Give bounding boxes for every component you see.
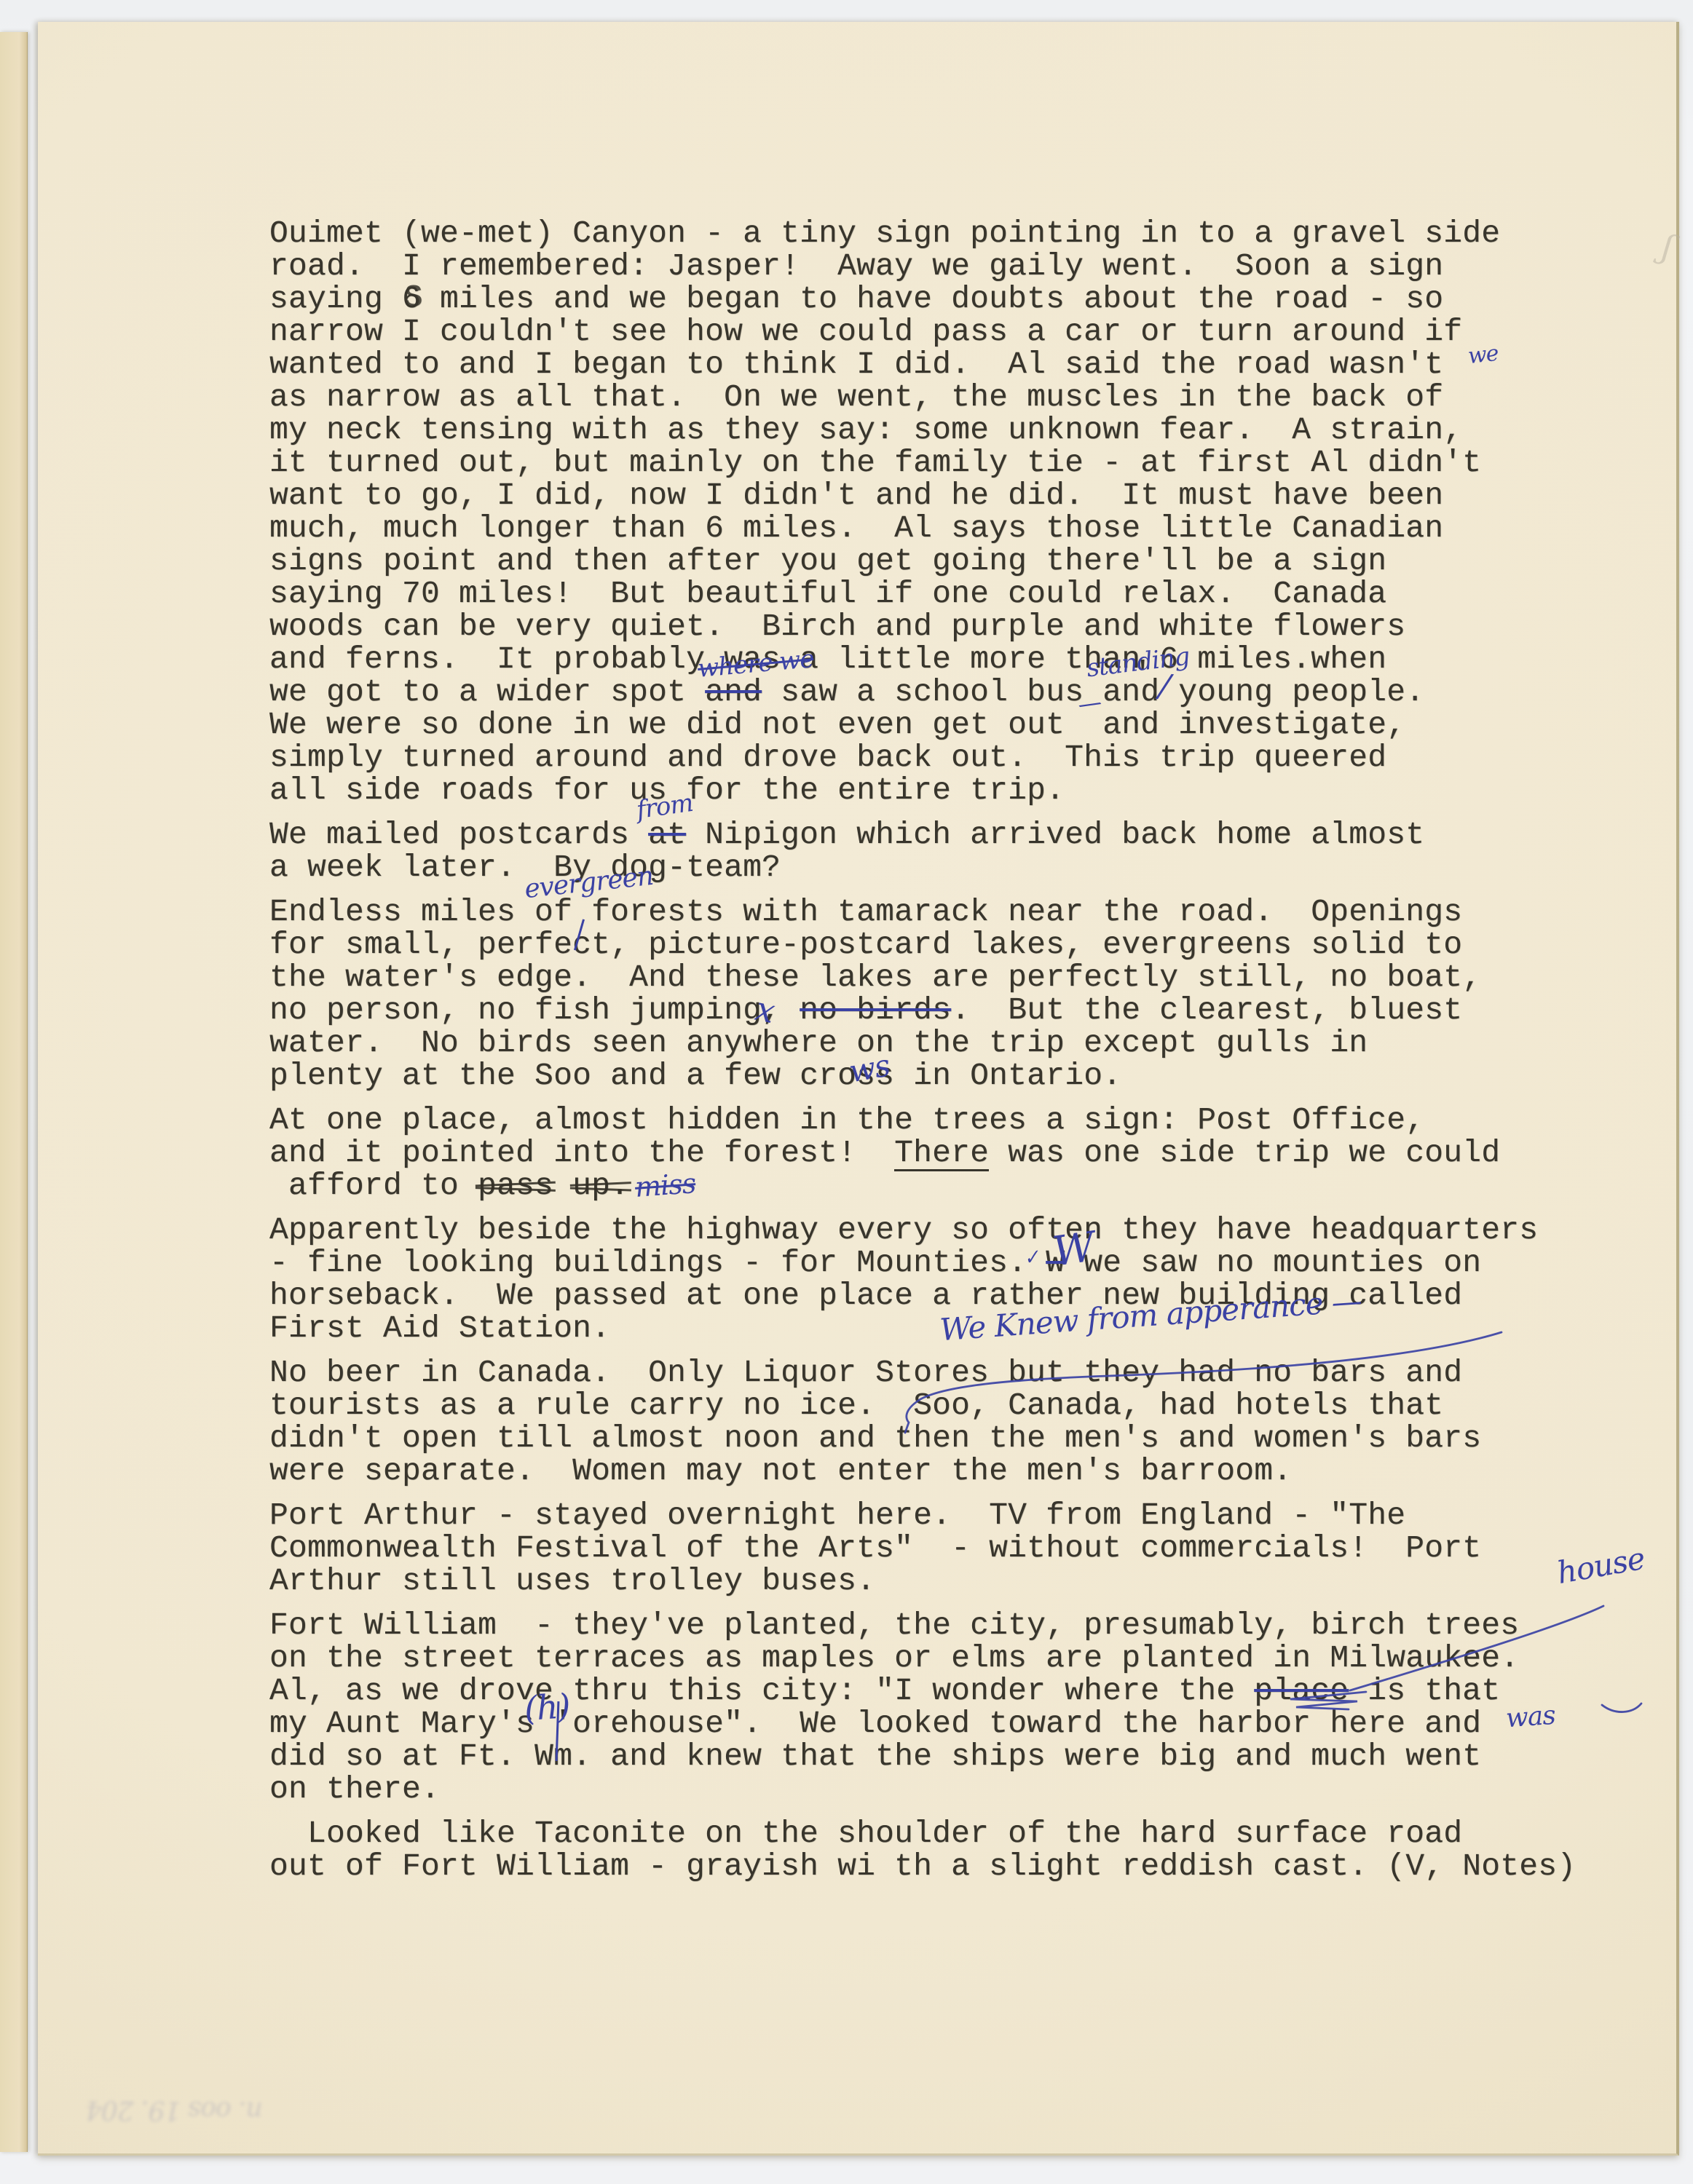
typed-line: no person, no fish jumping, no birds. Bu… (269, 994, 1576, 1026)
typed-paragraph: No beer in Canada. Only Liquor Stores bu… (269, 1356, 1576, 1487)
typewritten-page: Ouimet (we-met) Canyon - a tiny sign poi… (38, 22, 1679, 2156)
typed-line: didn't open till almost noon and then th… (269, 1422, 1576, 1455)
typed-paragraph: We mailed postcards at Nipigon which arr… (269, 818, 1576, 884)
typed-line: we got to a wider spot and saw a school … (269, 676, 1576, 708)
typed-line: all side roads for us for the entire tri… (269, 774, 1576, 807)
typed-line: At one place, almost hidden in the trees… (269, 1104, 1576, 1136)
annotation-miss (629, 1169, 686, 1202)
typed-paragraph: Ouimet (we-met) Canyon - a tiny sign poi… (269, 217, 1576, 807)
annotation-slashsp (1159, 676, 1178, 708)
typed-line: Looked like Taconite on the shoulder of … (269, 1817, 1576, 1850)
pencil-squiggle-mark: ʃ (1659, 226, 1677, 266)
typed-line: Al, as we drove thru this city: "I wonde… (269, 1674, 1576, 1707)
scanned-document-view: { "colors": { "pen": "#3b42a4", "ink": "… (0, 0, 1693, 2184)
annotation-crows: ss (856, 1059, 894, 1092)
typed-line: afford to pass up. (269, 1169, 1576, 1202)
was-flourish-tail (1602, 1704, 1641, 1712)
annotation-crt (1084, 708, 1102, 741)
annotation-xk: pass (478, 1169, 553, 1202)
typed-line: First Aid Station. (269, 1312, 1576, 1345)
typed-line: No beer in Canada. Only Liquor Stores bu… (269, 1356, 1576, 1389)
typed-line: - fine looking buildings - for Mounties.… (269, 1246, 1576, 1279)
typed-line: saying 70 miles! But beautiful if one co… (269, 577, 1576, 610)
typed-line: simply turned around and drove back out.… (269, 741, 1576, 774)
annotation-from: at (648, 818, 686, 851)
typed-line: for small, perfect, picture-postcard lak… (269, 928, 1576, 961)
typed-line: Commonwealth Festival of the Arts" - wit… (269, 1532, 1576, 1564)
annotation-xk: up. (572, 1169, 629, 1202)
annotation-hins (534, 1707, 553, 1740)
typed-line: wanted to and I began to think I did. Al… (269, 348, 1576, 381)
typed-line: We mailed postcards at Nipigon which arr… (269, 818, 1576, 851)
typed-line: Arthur still uses trolley buses. (269, 1564, 1576, 1597)
typed-line: on there. (269, 1773, 1576, 1805)
typed-paragraph: Port Arthur - stayed overnight here. TV … (269, 1499, 1576, 1597)
typed-line: my Aunt Mary's 'orehouse". We looked tow… (269, 1707, 1576, 1740)
typed-line: woods can be very quiet. Birch and purpl… (269, 610, 1576, 643)
typed-paragraph: Endless miles of forests with tamarack n… (269, 895, 1576, 1092)
typed-line: want to go, I did, now I didn't and he d… (269, 479, 1576, 512)
typed-line: Port Arthur - stayed overnight here. TV … (269, 1499, 1576, 1532)
typed-paragraph: At one place, almost hidden in the trees… (269, 1104, 1576, 1202)
typed-line: Fort William - they've planted, the city… (269, 1609, 1576, 1642)
typed-paragraph: Apparently beside the highway every so o… (269, 1214, 1576, 1345)
typed-line: road. I remembered: Jasper! Away we gail… (269, 250, 1576, 282)
typed-line: and it pointed into the forest! There wa… (269, 1136, 1576, 1169)
adjacent-page-edge (0, 32, 28, 2152)
typed-text-block: Ouimet (we-met) Canyon - a tiny sign poi… (269, 217, 1576, 1894)
typed-line: out of Fort William - grayish wi th a sl… (269, 1850, 1576, 1883)
typed-line: narrow I couldn't see how we could pass … (269, 315, 1576, 348)
typed-line: saying 6 miles and we began to have doub… (269, 282, 1576, 315)
annotation-xmark: , (762, 994, 781, 1026)
annotation-chk (1027, 1246, 1046, 1279)
typed-line: the water's edge. And these lakes are pe… (269, 961, 1576, 994)
typed-line: Ouimet (we-met) Canyon - a tiny sign poi… (269, 217, 1576, 250)
typed-line: horseback. We passed at one place a rath… (269, 1279, 1576, 1312)
typed-line: water. No birds seen anywhere on the tri… (269, 1026, 1576, 1059)
annotation-xb: place (1254, 1674, 1349, 1707)
typed-line: signs point and then after you get going… (269, 545, 1576, 577)
typed-line: did so at Ft. Wm. and knew that the ship… (269, 1740, 1576, 1773)
typed-line: tourists as a rule carry no ice. Soo, Ca… (269, 1389, 1576, 1422)
typed-line: as narrow as all that. On we went, the m… (269, 381, 1576, 414)
typed-line: Apparently beside the highway every so o… (269, 1214, 1576, 1246)
annotation-bigW (1065, 1246, 1084, 1279)
annotation-ov: 6 (402, 282, 421, 315)
typed-line: much, much longer than 6 miles. Al says … (269, 512, 1576, 545)
typed-line: on the street terraces as maples or elms… (269, 1642, 1576, 1674)
annotation-andww: and (705, 676, 762, 708)
typed-line: it turned out, but mainly on the family … (269, 446, 1576, 479)
typed-line: a week later. By dog-team? (269, 851, 1576, 884)
typed-paragraph: Fort William - they've planted, the city… (269, 1609, 1576, 1805)
typed-paragraph: Looked like Taconite on the shoulder of … (269, 1817, 1576, 1883)
typed-line: plenty at the Soo and a few cross in Ont… (269, 1059, 1576, 1092)
ink-bleedthrough-smudge: n. oos 19. 204 (86, 2094, 263, 2126)
annotation-evg (572, 895, 591, 928)
typed-line: Endless miles of forests with tamarack n… (269, 895, 1576, 928)
typed-line: my neck tensing with as they say: some u… (269, 414, 1576, 446)
annotation-u: There (894, 1136, 989, 1171)
typed-line: and ferns. It probably was a little more… (269, 643, 1576, 676)
annotation-stg: and (1102, 676, 1159, 708)
annotation-xb: no birds (800, 994, 951, 1026)
typed-line: We were so done in we did not even get o… (269, 708, 1576, 741)
typed-line: were separate. Women may not enter the m… (269, 1455, 1576, 1487)
